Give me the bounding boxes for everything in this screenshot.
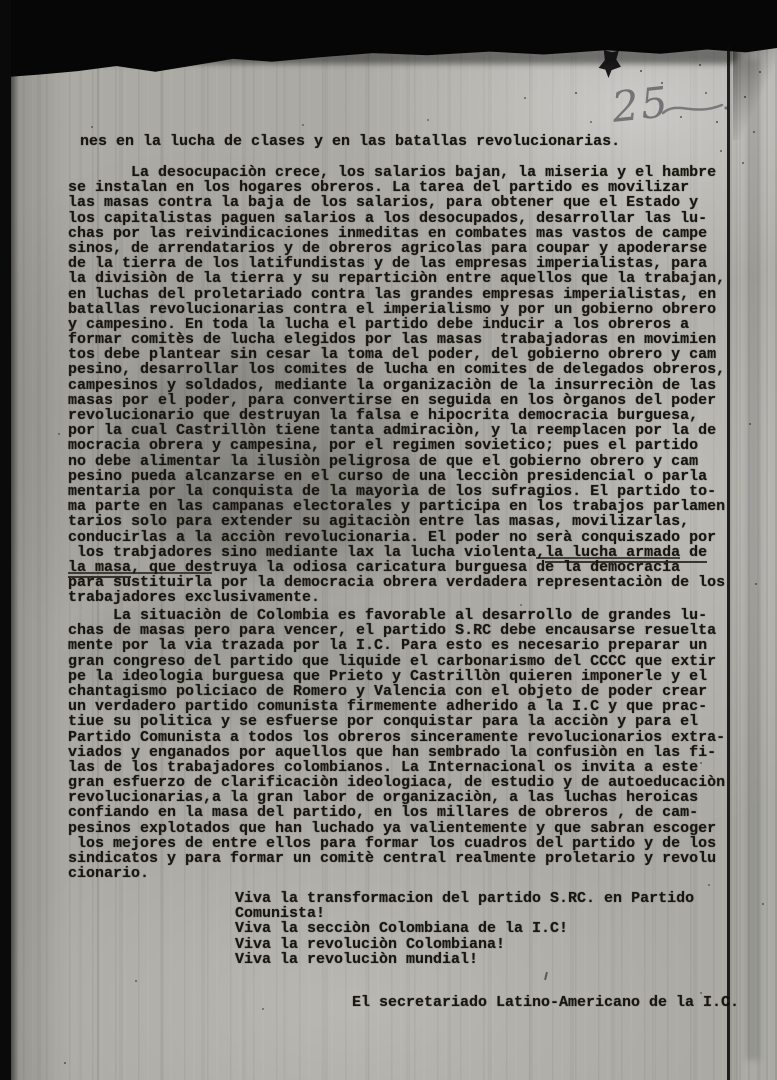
- scan-edge-line: [727, 46, 730, 1080]
- text-line: y campesino. En toda la lucha el partido…: [68, 317, 725, 332]
- text-line: la divisiòn de la tierra y su reparticiò…: [68, 271, 725, 286]
- handwritten-flourish: [660, 96, 730, 122]
- text-line: Viva la revoluciòn mundial!: [235, 952, 694, 967]
- document-text: nes en la lucha de clases y en las batal…: [68, 0, 758, 1080]
- text-line: los mejores de entre ellos para formar l…: [68, 836, 725, 851]
- scan-edge-mottle: [746, 60, 760, 1060]
- text-line: los capitalistas paguen salarios a los d…: [68, 211, 725, 226]
- text-line: mocracia obrera y campesina, por el regi…: [68, 438, 725, 453]
- text-line: tarios solo para extender su agitaciòn e…: [68, 514, 725, 529]
- text-line: las de los trabajadores colombianos. La …: [68, 760, 725, 775]
- text-line: para sustituirla por la democracia obrer…: [68, 575, 725, 590]
- text-line: sindicatos y para formar un comitè centr…: [68, 851, 725, 866]
- scan-border-left: [0, 0, 11, 1080]
- text-line: trabajadores exclusivamente.: [68, 590, 725, 605]
- scan-border-top: [0, 0, 777, 44]
- text-line: cionario.: [68, 866, 725, 881]
- text-line: gran esfuerzo de clarificaciòn ideologia…: [68, 775, 725, 790]
- signature-line: El secretariado Latino-Americano de la I…: [352, 995, 739, 1010]
- scan-edge-smear: [733, 48, 775, 140]
- text-line: chantagismo policiaco de Romero y Valenc…: [68, 684, 725, 699]
- opening-line: nes en la lucha de clases y en las batal…: [80, 134, 620, 149]
- text-line: las masas contra la baja de los salarios…: [68, 195, 725, 210]
- text-line: no debe alimentar la ilusiòn peligrosa d…: [68, 454, 725, 469]
- text-line: sinos, de arrendatarios y de obreros agr…: [68, 241, 725, 256]
- text-line: pesino pueda alcanzarse en el curso de u…: [68, 469, 725, 484]
- text-line: nes en la lucha de clases y en las batal…: [80, 134, 620, 149]
- text-line: en luchas del proletariado contra las gr…: [68, 287, 725, 302]
- text-line: conducirlas a la acciòn revolucionaria. …: [68, 530, 725, 545]
- text-line: masas por el poder, para convertirse en …: [68, 393, 725, 408]
- text-line: mente por la via trazada por la I.C. Par…: [68, 638, 725, 653]
- scan-border-left-fade: [11, 0, 19, 1080]
- text-line: Partido Comunista a todos los obreros si…: [68, 730, 725, 745]
- text-line: formar comitès de lucha elegidos por las…: [68, 332, 725, 347]
- text-line: viados y enganados por aquellos que han …: [68, 745, 725, 760]
- text-line: confiando en la masa del partido, en los…: [68, 805, 725, 820]
- text-line: chas por las reivindicaciones inmeditas …: [68, 226, 725, 241]
- text-line: revolucionario que destruyan la falsa e …: [68, 408, 725, 423]
- text-line: pesinos explotados que han luchado ya va…: [68, 821, 725, 836]
- text-line: Viva la revoluciòn Colombiana!: [235, 937, 694, 952]
- text-line: tiue su politica y se esfuerse por conqu…: [68, 714, 725, 729]
- scanned-document-page: nes en la lucha de clases y en las batal…: [0, 0, 777, 1080]
- text-line: pe la ideologia burguesa que Prieto y Ca…: [68, 669, 725, 684]
- text-line: El secretariado Latino-Americano de la I…: [352, 995, 739, 1010]
- text-line: campesinos y soldados, mediante la organ…: [68, 378, 725, 393]
- text-line: Viva la secciòn Colombiana de la I.C!: [235, 921, 694, 936]
- text-line: La situaciòn de Colombia es favorable al…: [68, 608, 725, 623]
- paragraph-1: La desocupaciòn crece, los salarios baja…: [68, 165, 725, 605]
- text-line: La desocupaciòn crece, los salarios baja…: [68, 165, 725, 180]
- paragraph-2: La situaciòn de Colombia es favorable al…: [68, 608, 725, 881]
- text-line: batallas revolucionarias contra el imper…: [68, 302, 725, 317]
- text-line: Viva la transformacion del partido S.RC.…: [235, 891, 694, 906]
- text-line: mentaria por la conquista de la mayorìa …: [68, 484, 725, 499]
- viva-slogans: Viva la transformacion del partido S.RC.…: [235, 891, 694, 967]
- text-line: pesino, desarrollar los comites de lucha…: [68, 362, 725, 377]
- text-line: gran congreso del partido que liquide el…: [68, 654, 725, 669]
